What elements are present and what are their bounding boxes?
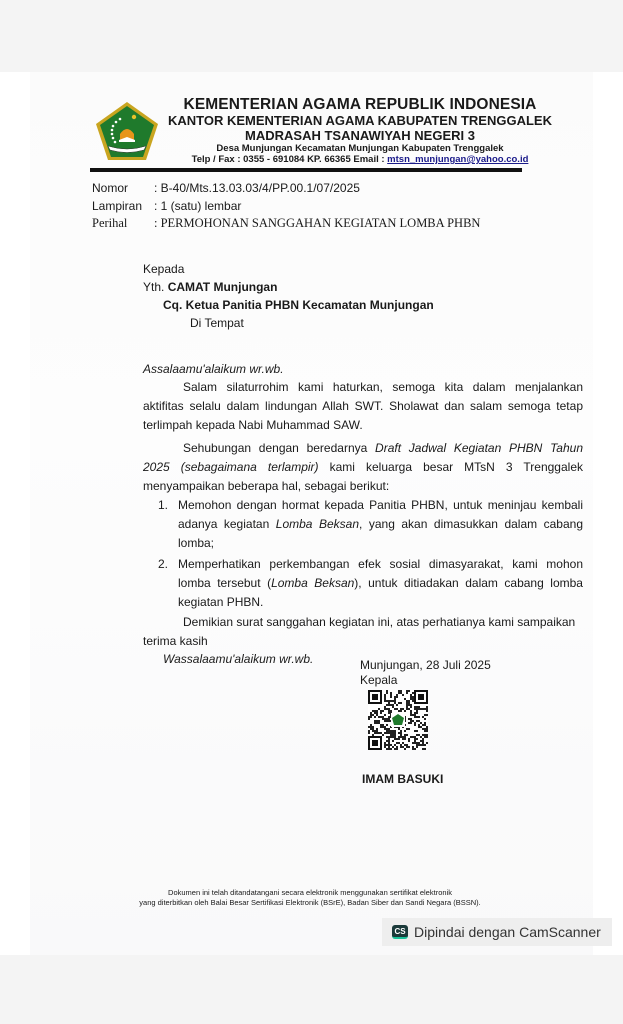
nomor-value: : B-40/Mts.13.03.03/4/PP.00.1/07/2025	[154, 181, 360, 195]
letterhead-address: Desa Munjungan Kecamatan Munjungan Kabup…	[160, 143, 560, 154]
paragraph-2-line-3: menyampaikan beberapa hal, sebagai berik…	[143, 479, 389, 493]
letterhead-rule	[90, 168, 522, 172]
paragraph-2-line-1: Sehubungan dengan beredarnya Draft Jadwa…	[183, 441, 583, 455]
letterhead-office: KANTOR KEMENTERIAN AGAMA KABUPATEN TRENG…	[160, 113, 560, 128]
letterhead-school: MADRASAH TSANAWIYAH NEGERI 3	[160, 128, 560, 143]
list-item-2-line-3: kegiatan PHBN.	[178, 595, 263, 609]
list-item-2-line-1: Memperhatikan perkembangan efek sosial d…	[178, 557, 583, 571]
list-item-1-number: 1.	[158, 498, 168, 512]
contact-phone: Telp / Fax : 0355 - 691084 KP. 66365 Ema…	[192, 154, 388, 165]
item1-text: adanya kegiatan	[178, 517, 276, 531]
letterhead-contact: Telp / Fax : 0355 - 691084 KP. 66365 Ema…	[160, 154, 560, 165]
paragraph-2-line-2: 2025 (sebagaimana terlampir) kami keluar…	[143, 460, 583, 474]
closing-line-1: Demikian surat sanggahan kegiatan ini, a…	[183, 615, 575, 629]
item2-lomba-beksan: Lomba Beksan	[271, 576, 354, 590]
letterhead-ministry: KEMENTERIAN AGAMA REPUBLIK INDONESIA	[160, 96, 560, 114]
meta-perihal: Perihal: PERMOHONAN SANGGAHAN KEGIATAN L…	[92, 216, 480, 231]
item1-text-cont: , yang akan dimasukkan dalam cabang	[359, 517, 583, 531]
lampiran-value: : 1 (satu) lembar	[154, 199, 241, 213]
list-item-2-number: 2.	[158, 557, 168, 571]
closing-line-2: terima kasih	[143, 634, 208, 648]
item2-text: lomba tersebut (	[178, 576, 271, 590]
p2-text-cont: kami keluarga besar MTsN 3 Trenggalek	[319, 460, 583, 474]
recipient-name: CAMAT Munjungan	[168, 280, 278, 294]
list-item-1-line-2: adanya kegiatan Lomba Beksan, yang akan …	[178, 517, 583, 531]
paragraph-1-line-3: terlimpah kepada Nabi Muhammad SAW.	[143, 418, 363, 432]
lampiran-label: Lampiran	[92, 199, 154, 213]
contact-email-link[interactable]: mtsn_munjungan@yahoo.co.id	[387, 154, 528, 165]
recipient-place: Di Tempat	[190, 316, 244, 330]
perihal-label: Perihal	[92, 216, 154, 231]
paragraph-1-line-2: aktifitas selalu dalam lindungan Allah S…	[143, 399, 583, 413]
meta-lampiran: Lampiran: 1 (satu) lembar	[92, 199, 241, 213]
recipient-kepada: Kepada	[143, 262, 184, 276]
nomor-label: Nomor	[92, 181, 154, 195]
perihal-value: : PERMOHONAN SANGGAHAN KEGIATAN LOMBA PH…	[154, 216, 480, 230]
qr-code-signature-icon	[368, 690, 428, 750]
list-item-1-line-1: Memohon dengan hormat kepada Panitia PHB…	[178, 498, 583, 512]
meta-nomor: Nomor: B-40/Mts.13.03.03/4/PP.00.1/07/20…	[92, 181, 360, 195]
p2-text: Sehubungan dengan beredarnya	[183, 441, 375, 455]
recipient-cq: Cq. Ketua Panitia PHBN Kecamatan Munjung…	[163, 298, 434, 312]
signature-name: IMAM BASUKI	[362, 772, 443, 786]
farewell: Wassalaamu'alaikum wr.wb.	[163, 652, 313, 666]
p2-draft-title: Draft Jadwal Kegiatan PHBN Tahun	[375, 441, 583, 455]
signature-place-date: Munjungan, 28 Juli 2025	[360, 658, 491, 672]
kemenag-logo-icon	[94, 100, 160, 162]
paragraph-1-line-1: Salam silaturrohim kami haturkan, semoga…	[183, 380, 583, 394]
item2-text-cont: ), untuk ditiadakan dalam cabang lomba	[354, 576, 583, 590]
camscanner-icon: CS	[392, 925, 408, 939]
greeting: Assalaamu'alaikum wr.wb.	[143, 362, 284, 376]
camscanner-watermark: CS Dipindai dengan CamScanner	[382, 918, 612, 946]
p2-draft-year: 2025 (sebagaimana terlampir)	[143, 460, 319, 474]
camscanner-text: Dipindai dengan CamScanner	[414, 924, 601, 940]
item1-lomba-beksan: Lomba Beksan	[276, 517, 359, 531]
list-item-2-line-2: lomba tersebut (Lomba Beksan), untuk dit…	[178, 576, 583, 590]
footer-esign-line-1: Dokumen ini telah ditandatangani secara …	[100, 888, 520, 897]
footer-esign-line-2: yang diterbitkan oleh Balai Besar Sertif…	[100, 898, 520, 907]
recipient-line: Yth. CAMAT Munjungan	[143, 280, 277, 294]
recipient-yth: Yth.	[143, 280, 168, 294]
signature-title: Kepala	[360, 673, 397, 687]
list-item-1-line-3: lomba;	[178, 536, 214, 550]
